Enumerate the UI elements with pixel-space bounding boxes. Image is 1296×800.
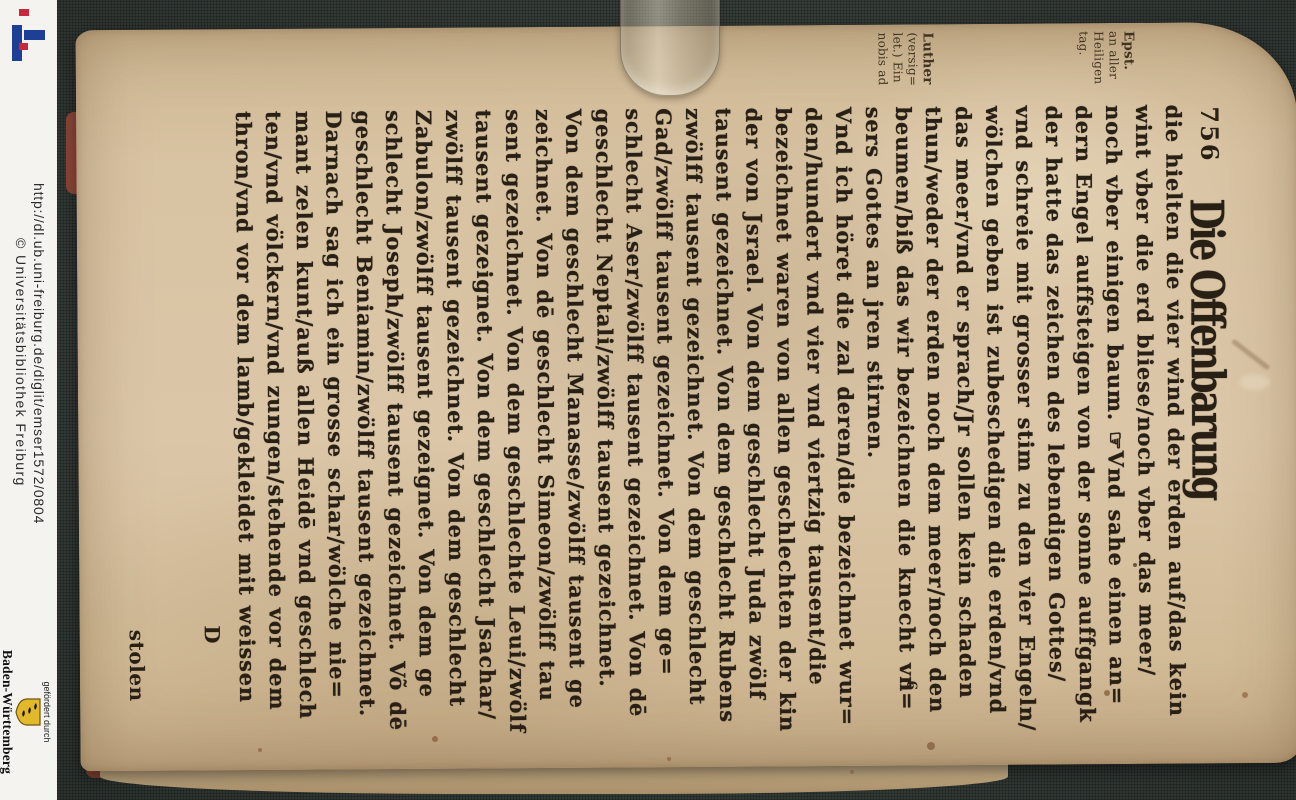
margin-note-line: Epst. [1120,31,1136,103]
text-line: bezeichnet waren von allen geschlechten … [768,107,802,707]
body-text-block: die hielten die vier wind der erden auf/… [228,105,1192,712]
text-line: thun/weder der erden noch dem meer/noch … [918,106,952,706]
text-line: beumen/biß das wir bezeichnen die knecht… [888,106,922,706]
margin-note-epistle: Epst.an allerHeiligentag. [1075,31,1136,103]
funded-by-label: gefördert durch [42,626,52,798]
text-line: den/hundert vnd vier vnd viertzig tausen… [798,107,832,707]
text-line: die hielten die vier wind der erden auf/… [1158,105,1192,705]
text-line: geschlecht Neptali/zwölff tausent gezeic… [588,108,622,708]
margin-note-line: Luther [919,32,935,104]
text-line: Vnd ich höret die zal deren/die bezeichn… [828,107,862,707]
text-line: tausent gezeichnet. Von dem geschlecht R… [708,108,742,708]
text-line: vnd schreie mit grosser stim zu den vier… [1008,106,1042,706]
page-header: 756 Die Offenbarung [1188,22,1295,768]
catchword: stolen [125,630,149,702]
folio-number: 756 [1195,106,1224,162]
source-url-label: http://dl.ub.uni-freiburg.de/diglit/emse… [31,150,47,670]
text-line: Von dem geschlecht Manasse/zwölff tausen… [558,109,592,709]
margin-note-line: let.) Ein [889,32,905,104]
text-line: sers Gottes an jren stirnen. [858,107,892,707]
baden-wuerttemberg-crest-icon [15,697,41,727]
copyright-label: © Universitätsbibliothek Freiburg [13,150,29,670]
margin-note-line: Heiligen [1090,31,1106,103]
text-line: sent gezeichnet. Von dem geschlechte Leu… [498,109,532,709]
text-line: thron/vnd vor dem lamb/gekleidet mit wei… [228,111,262,711]
funding-logo: gefördert durch Baden-Württemberg MINIST… [0,626,52,798]
text-line: zeichnet. Von dē geschlecht Simeon/zwölf… [528,109,562,709]
text-line: Darnach sag ich ein grosse schar/wölche … [318,110,352,710]
text-line: zwölff tausent gezeichnet. Von dem gesch… [678,108,712,708]
text-line: das meer/vnd er sprach/Jr sollen kein sc… [948,106,982,706]
page-reading-surface: 756 Die Offenbarung Epst.an allerHeilige… [75,22,1295,775]
logo-red-bar [19,9,29,16]
text-line: wint vber die erd bliese/noch vber das m… [1128,105,1162,705]
sidebar-caption: http://dl.ub.uni-freiburg.de/diglit/emse… [13,150,47,670]
margin-note-line: an aller [1105,31,1121,103]
logo-blue-bar [24,30,45,40]
text-line: ten/vnd völckern/vnd zungen/stehende vor… [258,111,292,711]
text-line: schlecht Aser/zwölff tausent gezeichnet.… [618,108,652,708]
region-label: Baden-Württemberg [0,626,15,798]
text-line: tausent gezeignet. Von dem geschlecht Js… [468,109,502,709]
text-line: Gad/zwölff tausent gezeichnet. Von dem g… [648,108,682,708]
text-line: Zabulon/zwölff tausent gezeignet. Von de… [408,110,442,710]
viewer-sidebar: http://dl.ub.uni-freiburg.de/diglit/emse… [0,0,57,800]
scanned-book-page: 756 Die Offenbarung Epst.an allerHeilige… [75,22,1296,772]
text-line: der von Jsrael. Von dem geschlecht Juda … [738,107,772,707]
margin-note-line: (versig= [904,32,920,104]
marginal-number: 6 [903,680,919,690]
page-holding-strap [620,0,720,96]
margin-note-line: tag. [1075,31,1091,103]
text-line: noch vber einigen baum. ☞Vnd sahe einen … [1098,105,1132,705]
margin-note-luther: Luther(versig=let.) Einnobis ad [874,32,935,104]
book-scanner-view: { "viewer": { "url_label": "http://dl.ub… [0,0,1296,800]
margin-note-line: nobis ad [874,33,890,105]
text-line: wölchen geben ist zubeschedigen die erde… [978,106,1012,706]
logo-red-bar [19,43,28,50]
text-line: dern Engel auffsteigen von der sonne auf… [1068,105,1102,705]
text-line: geschlecht Beniamin/zwölff tausent gezei… [348,110,382,710]
text-line: schlecht Joseph/zwölff tausent gezeichne… [378,110,412,710]
text-line: mant zelen kunt/auß allen Heidē vnd gesc… [288,111,322,711]
signature-mark: D [200,625,225,643]
text-line: zwölff tausent gezeichnet. Von dem gesch… [438,110,472,710]
text-line: der hatte das zeichen des lebendigen Got… [1038,105,1072,705]
ub-freiburg-logo-icon [0,0,57,70]
